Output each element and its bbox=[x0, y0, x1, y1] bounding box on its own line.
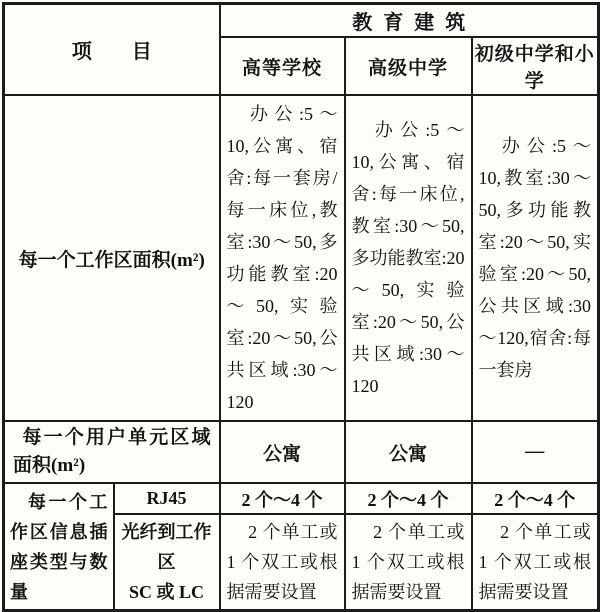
cell-fiber-higher-education: 2 个单工或 1 个双工或根据需要设置 bbox=[220, 514, 345, 611]
education-building-spec-table: 项 目 教育建筑 高等学校 高级中学 初级中学和小学 每一个工作区面积(m²) … bbox=[2, 2, 600, 612]
column-header-higher-education: 高等学校 bbox=[220, 37, 345, 95]
cell-rj45-junior-high-primary: 2 个～4 个 bbox=[472, 483, 599, 514]
row-label-user-unit-area: 每一个用户单元区域面积(m²) bbox=[4, 421, 220, 483]
cell-work-area-higher-education: 办公:5～10,公寓、宿舍:每一套房/每一床位,教室:30～50,多功能教室:2… bbox=[220, 95, 345, 421]
item-column-header: 项 目 bbox=[4, 4, 220, 96]
cell-rj45-senior-high: 2 个～4 个 bbox=[345, 483, 472, 514]
sub-row-label-rj45: RJ45 bbox=[114, 483, 220, 514]
sub-row-label-fiber-sc-lc: 光纤到工作区 SC 或 LC bbox=[114, 514, 220, 611]
cell-work-area-senior-high: 办公:5～10,公寓、宿舍:每一床位,教室:30～50,多功能教室:20～50,… bbox=[345, 95, 472, 421]
cell-user-unit-higher-education: 公寓 bbox=[220, 421, 345, 483]
scanned-standard-page: 项 目 教育建筑 高等学校 高级中学 初级中学和小学 每一个工作区面积(m²) … bbox=[0, 0, 600, 511]
cell-fiber-junior-high-primary: 2 个单工或 1 个双工或根据需要设置 bbox=[472, 514, 599, 611]
row-work-area: 每一个工作区面积(m²) 办公:5～10,公寓、宿舍:每一套房/每一床位,教室:… bbox=[4, 95, 599, 421]
header-row-group: 项 目 教育建筑 bbox=[4, 4, 599, 38]
row-label-outlet-type-quantity: 每一个工作区信息插座类型与数量 bbox=[4, 483, 114, 611]
cell-rj45-higher-education: 2 个～4 个 bbox=[220, 483, 345, 514]
cell-user-unit-junior-high-primary: — bbox=[472, 421, 599, 483]
cell-fiber-senior-high: 2 个单工或 1 个双工或根据需要设置 bbox=[345, 514, 472, 611]
row-label-work-area: 每一个工作区面积(m²) bbox=[4, 95, 220, 421]
cell-user-unit-senior-high: 公寓 bbox=[345, 421, 472, 483]
building-group-header: 教育建筑 bbox=[220, 4, 599, 38]
cell-work-area-junior-high-primary: 办公:5～10,教室:30～50,多功能教室:20～50,实验室:20～50,公… bbox=[472, 95, 599, 421]
column-header-junior-high-primary: 初级中学和小学 bbox=[472, 37, 599, 95]
column-header-senior-high: 高级中学 bbox=[345, 37, 472, 95]
row-user-unit-area: 每一个用户单元区域面积(m²) 公寓 公寓 — bbox=[4, 421, 599, 483]
row-outlet-rj45: 每一个工作区信息插座类型与数量 RJ45 2 个～4 个 2 个～4 个 2 个… bbox=[4, 483, 599, 514]
